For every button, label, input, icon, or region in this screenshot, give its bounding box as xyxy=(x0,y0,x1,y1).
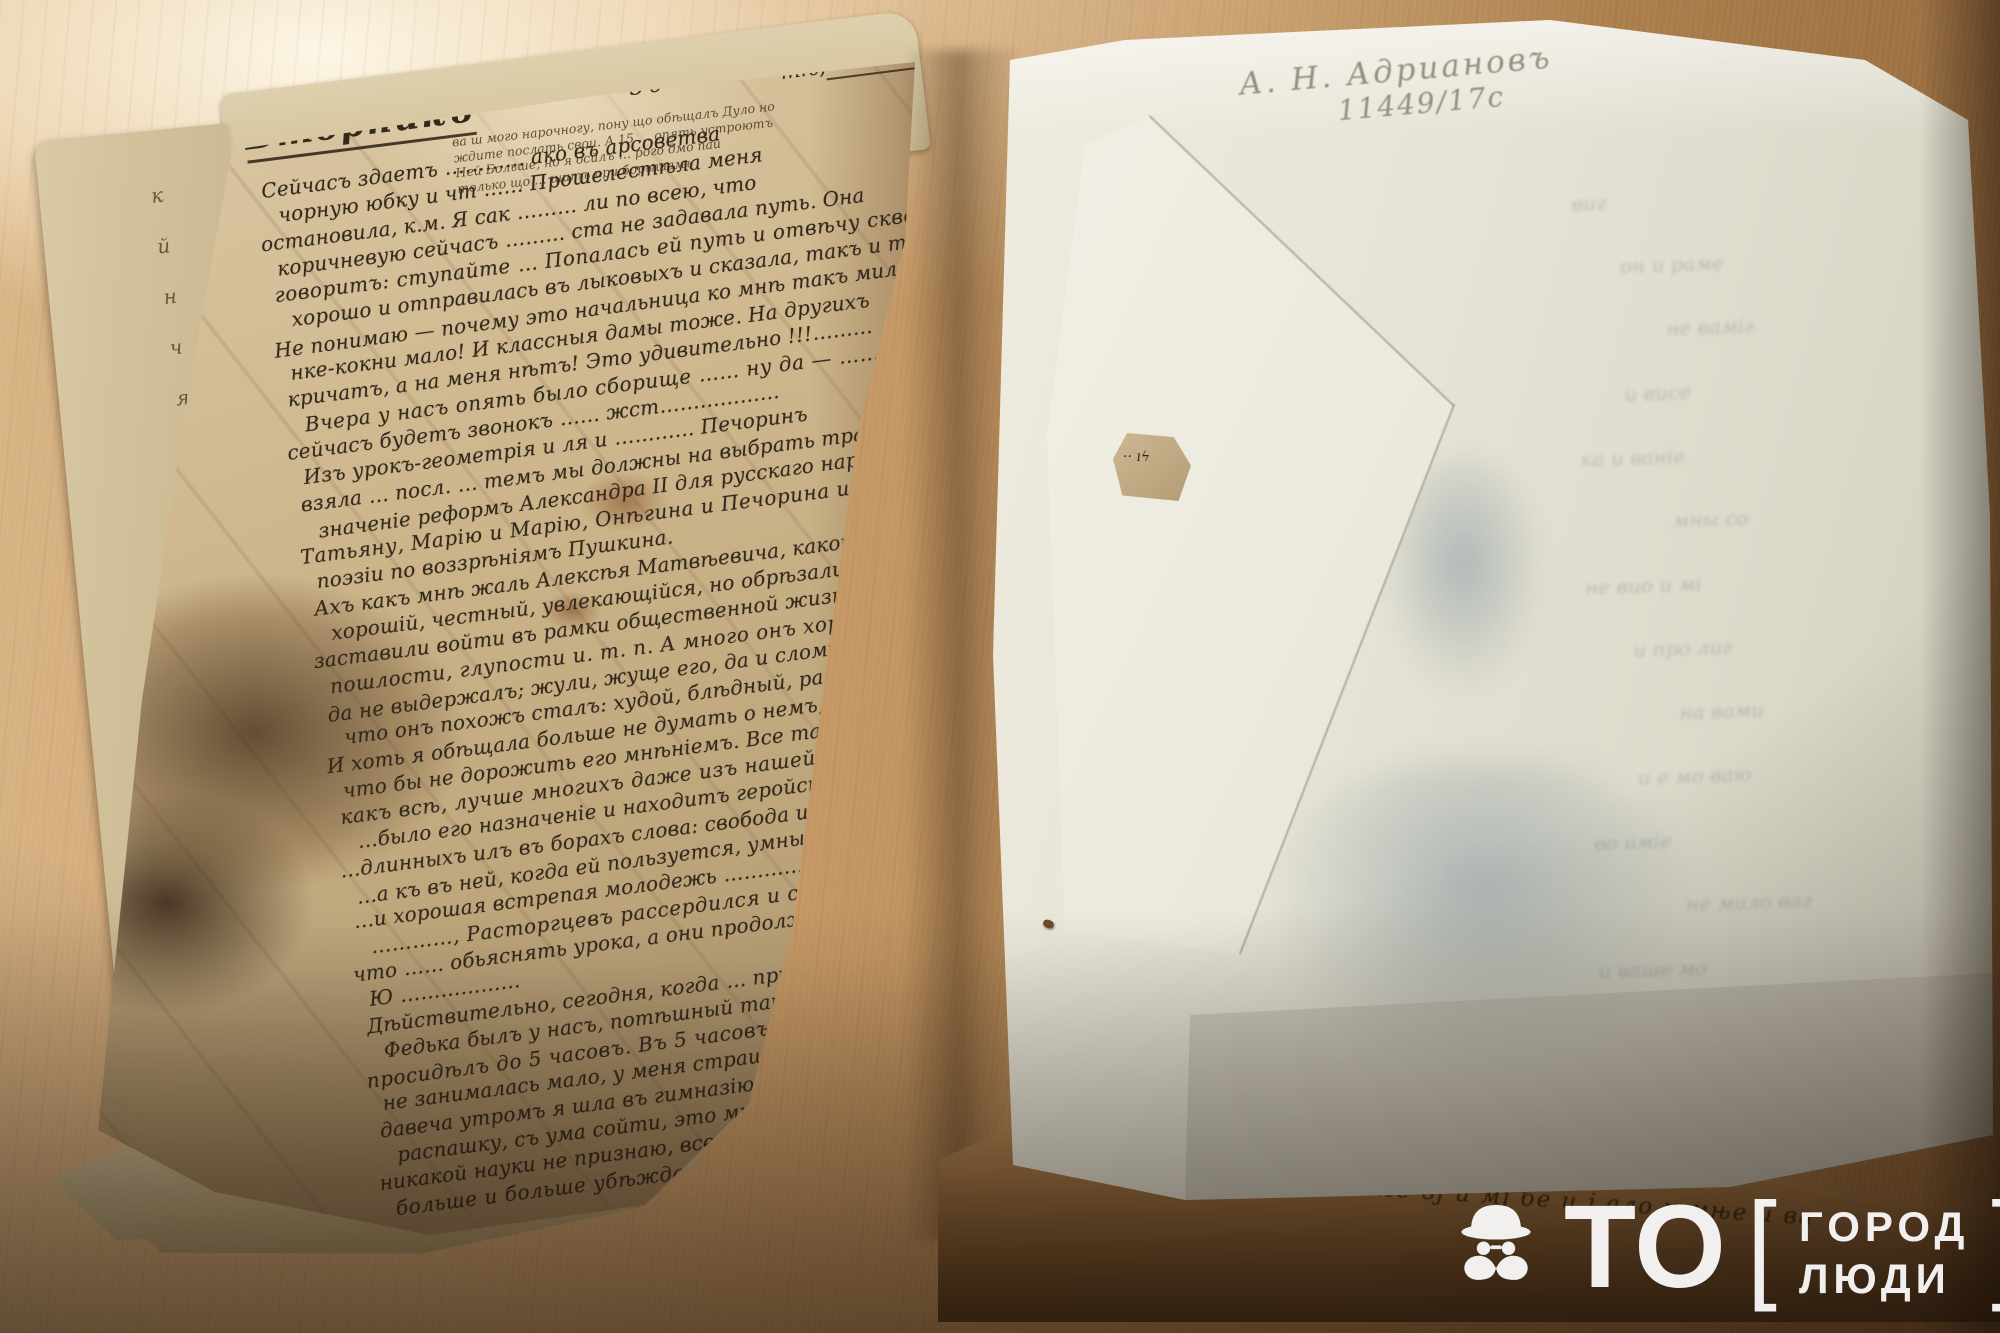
pencil-inscription: А. Н. Адриановъ 11449/17с xyxy=(1238,39,1557,135)
ghost-text-line: и е мо ваю xyxy=(1637,734,1963,809)
tissue-paper-overlay: вигон и рамене ваміги висека и ваніемны … xyxy=(985,15,2000,1225)
paper-crumb xyxy=(1042,918,1055,930)
tomsk-obzor-watermark: ТО [ ГОРОД ЛЮДИ ] xyxy=(1448,1178,2000,1328)
watermark-word-bottom: ЛЮДИ xyxy=(1799,1258,1969,1300)
watermark-bracket-left: [ xyxy=(1747,1185,1777,1306)
ghost-text-line: он и раме xyxy=(1619,223,1945,298)
watermark-bracket-right: ] xyxy=(1991,1185,2000,1306)
ghost-text-line: не ваміг xyxy=(1665,287,1947,361)
watermark-word-top: ГОРОД xyxy=(1799,1206,1969,1248)
ghost-text-line: и про лиг xyxy=(1632,607,1958,682)
faint-text-through-tissue: вигон и рамене ваміги висека и ваніемны … xyxy=(1571,159,1970,1003)
margin-letter: к xyxy=(148,169,174,222)
ghost-text-line: не мило ваг xyxy=(1685,862,1967,936)
photo-of-old-diary: кйнчяѣекущз щки ищп… Вторникъ — 50 — тѣ,… xyxy=(0,0,2000,1333)
watermark-words: ГОРОД ЛЮДИ xyxy=(1799,1206,1969,1300)
watermark-abbr: ТО xyxy=(1564,1188,1727,1306)
ghost-text-line: и висе xyxy=(1623,351,1949,426)
margin-letter: н xyxy=(160,270,186,323)
scrap-ink-marks: ·· ıϟ xyxy=(1123,449,1150,465)
ghost-text-line: на вами xyxy=(1678,670,1960,744)
margin-letter: ч xyxy=(167,321,193,374)
ghost-text-line: мны со xyxy=(1672,479,1954,553)
margin-letter: й xyxy=(154,219,180,272)
gentleman-bowler-glasses-mustache-icon xyxy=(1448,1187,1544,1319)
